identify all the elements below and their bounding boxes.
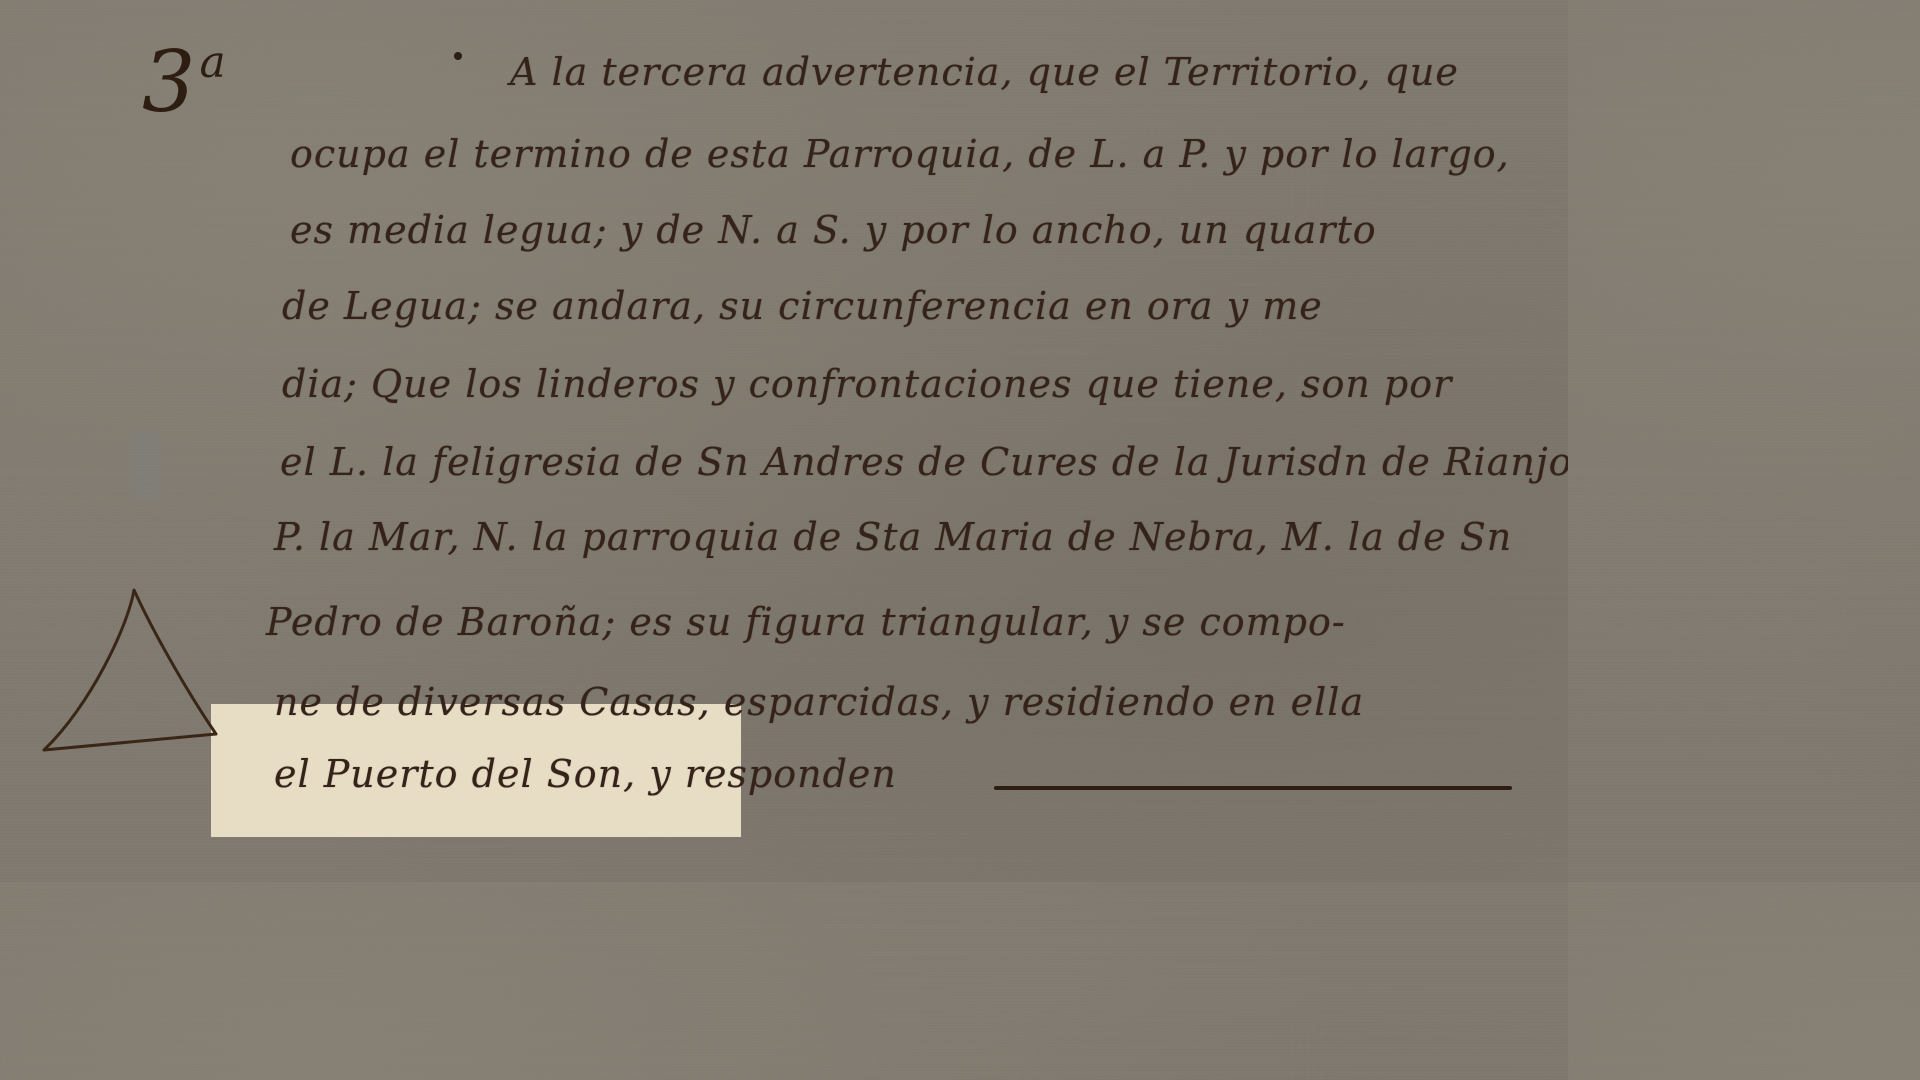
manuscript-line-10-highlighted: el Puerto del Son, y responden xyxy=(274,752,897,796)
section-number-digit: 3 xyxy=(142,33,195,131)
manuscript-line-1: A la tercera advertencia, que el Territo… xyxy=(510,50,1459,94)
paper-stain xyxy=(130,430,160,500)
manuscript-line-9: ne de diversas Casas, esparcidas, y resi… xyxy=(274,680,1364,724)
triangle-icon xyxy=(40,586,220,756)
manuscript-line-7: P. la Mar, N. la parroquia de Sta Maria … xyxy=(274,515,1512,559)
manuscript-page: 3a A la tercera advertencia, que el Terr… xyxy=(0,0,1568,882)
line-filler-rule xyxy=(994,786,1512,790)
section-number: 3a xyxy=(142,40,226,124)
manuscript-line-3: es media legua; y de N. a S. y por lo an… xyxy=(290,208,1377,252)
manuscript-line-2: ocupa el termino de esta Parroquia, de L… xyxy=(290,132,1510,176)
manuscript-line-6: el L. la feligresia de Sn Andres de Cure… xyxy=(280,440,1568,484)
bullet-dot xyxy=(454,52,462,60)
section-number-superscript: a xyxy=(199,37,225,88)
manuscript-line-5: dia; Que los linderos y confrontaciones … xyxy=(282,362,1452,406)
manuscript-line-4: de Legua; se andara, su circunferencia e… xyxy=(282,284,1323,328)
manuscript-line-8: Pedro de Baroña; es su figura triangular… xyxy=(266,600,1346,644)
